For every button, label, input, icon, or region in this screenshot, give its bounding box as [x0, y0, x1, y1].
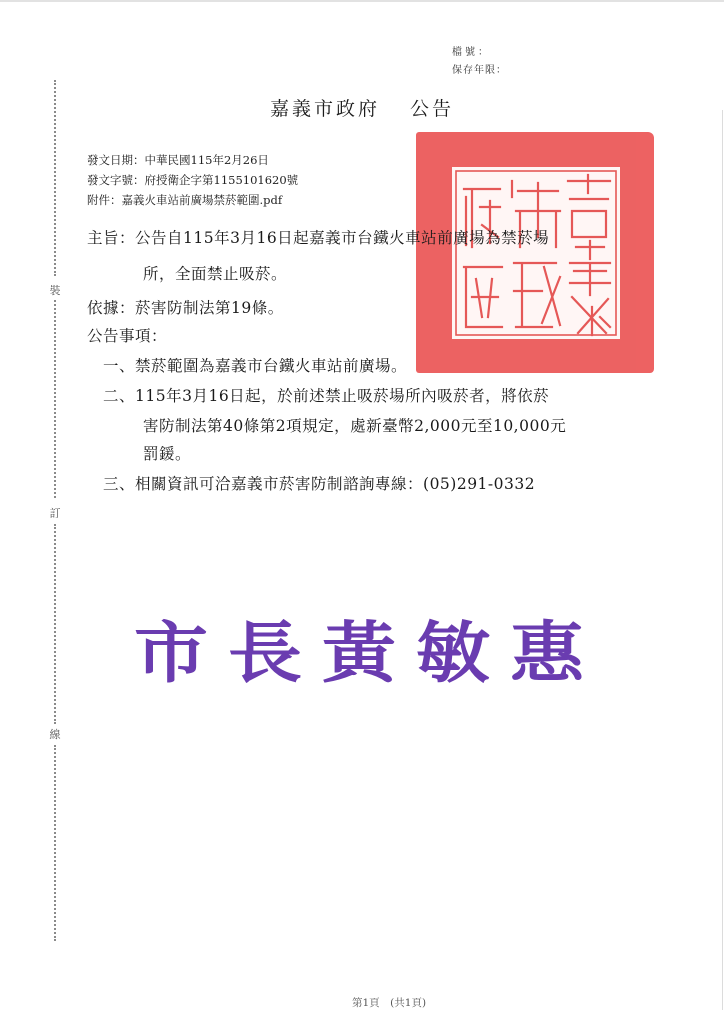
document-title: 嘉義市政府公告 [270, 94, 454, 121]
attachment-link[interactable]: 附件：嘉義火車站前廣場禁菸範圍.pdf [87, 190, 298, 210]
file-number-label: 檔號： [452, 44, 508, 62]
notice-item-2-line-2: 害防制法第40條第2項規定，處新臺幣2,000元至10,000元 [143, 414, 566, 436]
notice-item-1: 一、禁菸範圍為嘉義市台鐵火車站前廣場。 [103, 354, 407, 376]
binding-dotted-line [54, 300, 56, 498]
notice-item-2: 二、115年3月16日起，於前述禁止吸菸場所內吸菸者，將依菸 [103, 384, 549, 406]
issue-number: 發文字號：府授衛企字第1155101620號 [87, 170, 298, 190]
signature-char: 敏 [416, 600, 496, 695]
notice-text: 相關資訊可洽嘉義市菸害防制諮詢專線：(05)291-0332 [135, 475, 535, 493]
binding-mark-zhuang: 裝 [46, 282, 64, 298]
binding-mark-ding: 訂 [46, 505, 64, 521]
notice-marker: 一、 [103, 357, 135, 375]
issuing-org: 嘉義市政府 [270, 98, 380, 120]
official-seal [416, 132, 654, 373]
notice-text: 115年3月16日起，於前述禁止吸菸場所內吸菸者，將依菸 [135, 387, 549, 405]
notice-text: 禁菸範圍為嘉義市台鐵火車站前廣場。 [135, 357, 407, 375]
notice-marker: 二、 [103, 387, 135, 405]
binding-dotted-line [54, 80, 56, 276]
archive-info: 檔號： 保存年限： [452, 44, 508, 80]
subject-label: 主旨： [87, 229, 135, 247]
notice-item-3: 三、相關資訊可洽嘉義市菸害防制諮詢專線：(05)291-0332 [103, 472, 535, 494]
page-edge [0, 0, 724, 2]
notice-marker: 三、 [103, 475, 135, 493]
basis-line: 依據：菸害防制法第19條。 [87, 296, 284, 318]
basis-label: 依據： [87, 299, 135, 317]
page-number: 第1頁 (共1頁) [352, 995, 426, 1010]
document-type: 公告 [410, 98, 454, 120]
binding-dotted-line [54, 745, 56, 941]
signature-char: 黃 [322, 600, 402, 695]
subject-text: 公告自115年3月16日起嘉義市台鐵火車站前廣場為禁菸場 [135, 229, 549, 247]
seal-inner-field [452, 167, 620, 339]
document-meta: 發文日期：中華民國115年2月26日 發文字號：府授衛企字第1155101620… [87, 150, 298, 210]
subject-line-2: 所，全面禁止吸菸。 [143, 262, 287, 284]
seal-script-icon [452, 167, 620, 339]
signature-char: 長 [228, 600, 308, 695]
signature-char: 市 [134, 600, 214, 695]
basis-text: 菸害防制法第19條。 [135, 299, 284, 317]
signature-char: 惠 [510, 600, 590, 695]
mayor-signature-stamp: 市 長 黃 敏 惠 [134, 598, 590, 698]
page-edge-right [722, 110, 723, 1010]
issue-date: 發文日期：中華民國115年2月26日 [87, 150, 298, 170]
binding-mark-xian: 線 [46, 726, 64, 742]
binding-dotted-line [54, 524, 56, 724]
notices-heading: 公告事項： [87, 324, 167, 346]
notice-item-2-line-3: 罰鍰。 [143, 442, 191, 464]
retention-period-label: 保存年限： [452, 62, 508, 80]
subject-line-1: 主旨：公告自115年3月16日起嘉義市台鐵火車站前廣場為禁菸場 [87, 226, 549, 248]
